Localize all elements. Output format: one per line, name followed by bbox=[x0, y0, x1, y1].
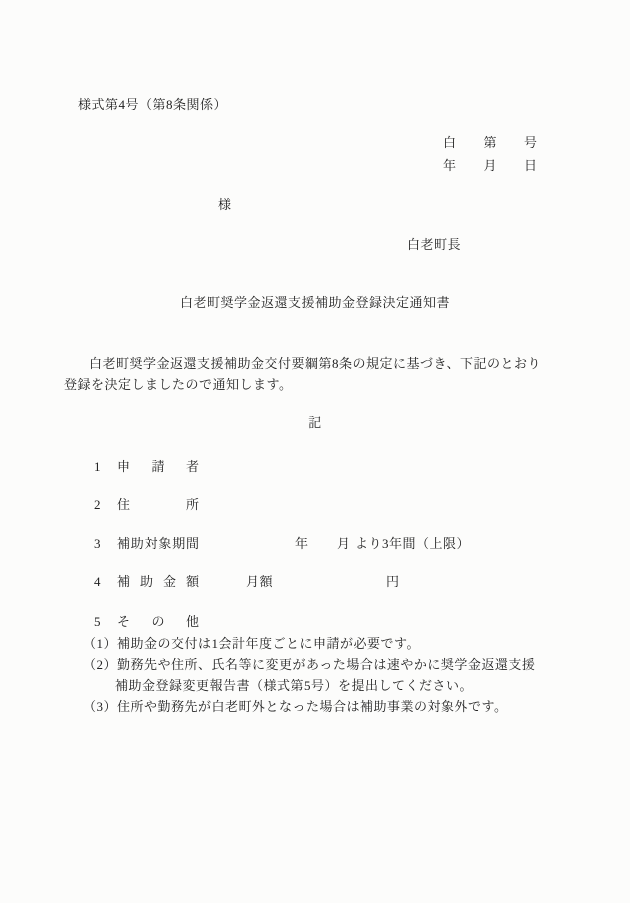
note-line-2-continuation: 補助金登録変更報告書（様式第5号）を提出してください。 bbox=[115, 678, 473, 693]
item-row-subsidy-amount: 4 補助金額 月額 円 bbox=[0, 574, 630, 590]
form-number: 様式第4号（第8条関係） bbox=[78, 97, 227, 112]
item-number: 3 bbox=[94, 536, 101, 551]
item-label-other: その他 bbox=[117, 614, 199, 629]
period-month-blank: 月 bbox=[337, 536, 351, 551]
note-line-1: （1）補助金の交付は1会計年度ごとに申請が必要です。 bbox=[83, 636, 420, 651]
item-label-subsidy-amount: 補助金額 bbox=[117, 574, 199, 589]
body-line-2: 登録を決定しましたので通知します。 bbox=[64, 377, 292, 392]
doc-number-line: 白 第 号 bbox=[443, 135, 538, 150]
item-label-subsidy-period: 補助対象期間 bbox=[117, 536, 199, 551]
date-line: 年 月 日 bbox=[443, 158, 538, 173]
sender-title: 白老町長 bbox=[407, 237, 461, 252]
item-number: 5 bbox=[94, 614, 101, 629]
document-page: 様式第4号（第8条関係） 白 第 号 年 月 日 様 白老町長 白老町奨学金返還… bbox=[0, 0, 630, 903]
item-label-address: 住所 bbox=[117, 497, 199, 512]
note-line-3: （3）住所や勤務先が白老町外となった場合は補助事業の対象外です。 bbox=[83, 699, 507, 714]
period-duration-text: より3年間（上限） bbox=[355, 536, 470, 551]
item-number: 4 bbox=[94, 574, 101, 589]
ki-marker: 記 bbox=[0, 415, 630, 430]
document-title: 白老町奨学金返還支援補助金登録決定通知書 bbox=[0, 295, 630, 310]
note-line-2: （2）勤務先や住所、氏名等に変更があった場合は速やかに奨学金返還支援 bbox=[83, 657, 535, 672]
item-row-address: 2 住所 bbox=[0, 497, 630, 513]
monthly-amount-label: 月額 bbox=[246, 574, 273, 589]
body-line-1: 白老町奨学金返還支援補助金交付要綱第8条の規定に基づき、下記のとおり bbox=[89, 356, 541, 371]
item-row-subsidy-period: 3 補助対象期間 年 月 より3年間（上限） bbox=[0, 536, 630, 552]
item-label-applicant: 申請者 bbox=[117, 459, 199, 474]
recipient-honorific: 様 bbox=[218, 197, 232, 212]
item-number: 2 bbox=[94, 497, 101, 512]
item-row-other: 5 その他 bbox=[0, 614, 630, 630]
item-number: 1 bbox=[94, 459, 101, 474]
yen-unit-label: 円 bbox=[386, 574, 400, 589]
item-row-applicant: 1 申請者 bbox=[0, 459, 630, 475]
period-year-blank: 年 bbox=[295, 536, 309, 551]
